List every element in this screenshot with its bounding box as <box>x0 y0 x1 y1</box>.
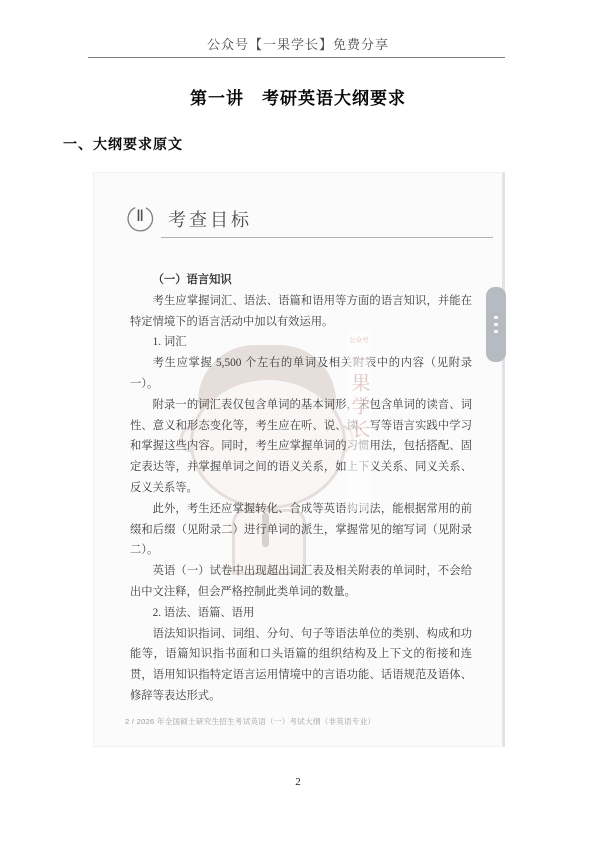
scan-paragraph: 语法知识指词、词组、分句、句子等语法单位的类别、构成和功能等，语篇知识指书面和口… <box>130 624 472 707</box>
scan-paragraphs: （一）语言知识考生应掌握词汇、语法、语篇和语用等方面的语言知识，并能在特定情境下… <box>130 270 472 707</box>
scan-footer: 2 / 2026 年全国硕士研究生招生考试英语（一）考试大纲（非英语专业） <box>125 716 375 727</box>
scan-paragraph: 考生应掌握 5,500 个左右的单词及相关附表中的内容（见附录一）。 <box>130 353 472 395</box>
scan-paragraph: 2. 语法、语篇、语用 <box>130 603 472 624</box>
grip-dots-icon <box>494 316 497 334</box>
section-numeral: Ⅱ <box>125 206 155 226</box>
scan-header: Ⅱ 考查目标 <box>94 173 502 243</box>
scanned-syllabus-page: Ⅱ 考查目标 （一）语言知识考生应掌握词汇、语法、语篇和语用等方面的语言知识，并… <box>93 172 505 747</box>
header-note: 公众号【一果学长】免费分享 <box>0 34 596 53</box>
header-divider <box>88 57 505 58</box>
document-page: 公众号【一果学长】免费分享 第一讲 考研英语大纲要求 一、大纲要求原文 Ⅱ 考查… <box>0 0 596 842</box>
scan-paragraph: 此外，考生还应掌握转化、合成等英语构词法，能根据常用的前缀和后缀（见附录二）进行… <box>130 499 472 561</box>
scan-paragraph: 1. 词汇 <box>130 332 472 353</box>
scan-title-underline <box>161 237 493 238</box>
scan-paragraph: 考生应掌握词汇、语法、语篇和语用等方面的语言知识，并能在特定情境下的语言活动中加… <box>130 291 472 333</box>
page-title: 第一讲 考研英语大纲要求 <box>0 84 596 109</box>
scan-paragraph: 附录一的词汇表仅包含单词的基本词形，未包含单词的读音、词性、意义和形态变化等，考… <box>130 395 472 499</box>
section-heading: 一、大纲要求原文 <box>63 134 183 154</box>
side-drawer-handle[interactable] <box>486 287 506 362</box>
scan-subheading: （一）语言知识 <box>130 270 472 291</box>
page-number: 2 <box>0 776 596 788</box>
section-numeral-circle-icon: Ⅱ <box>125 203 155 233</box>
scan-paragraph: 英语（一）试卷中出现超出词汇表及相关附表的单词时，不会给出中文注释，但会严格控制… <box>130 561 472 603</box>
scan-section-title: 考查目标 <box>168 206 252 232</box>
